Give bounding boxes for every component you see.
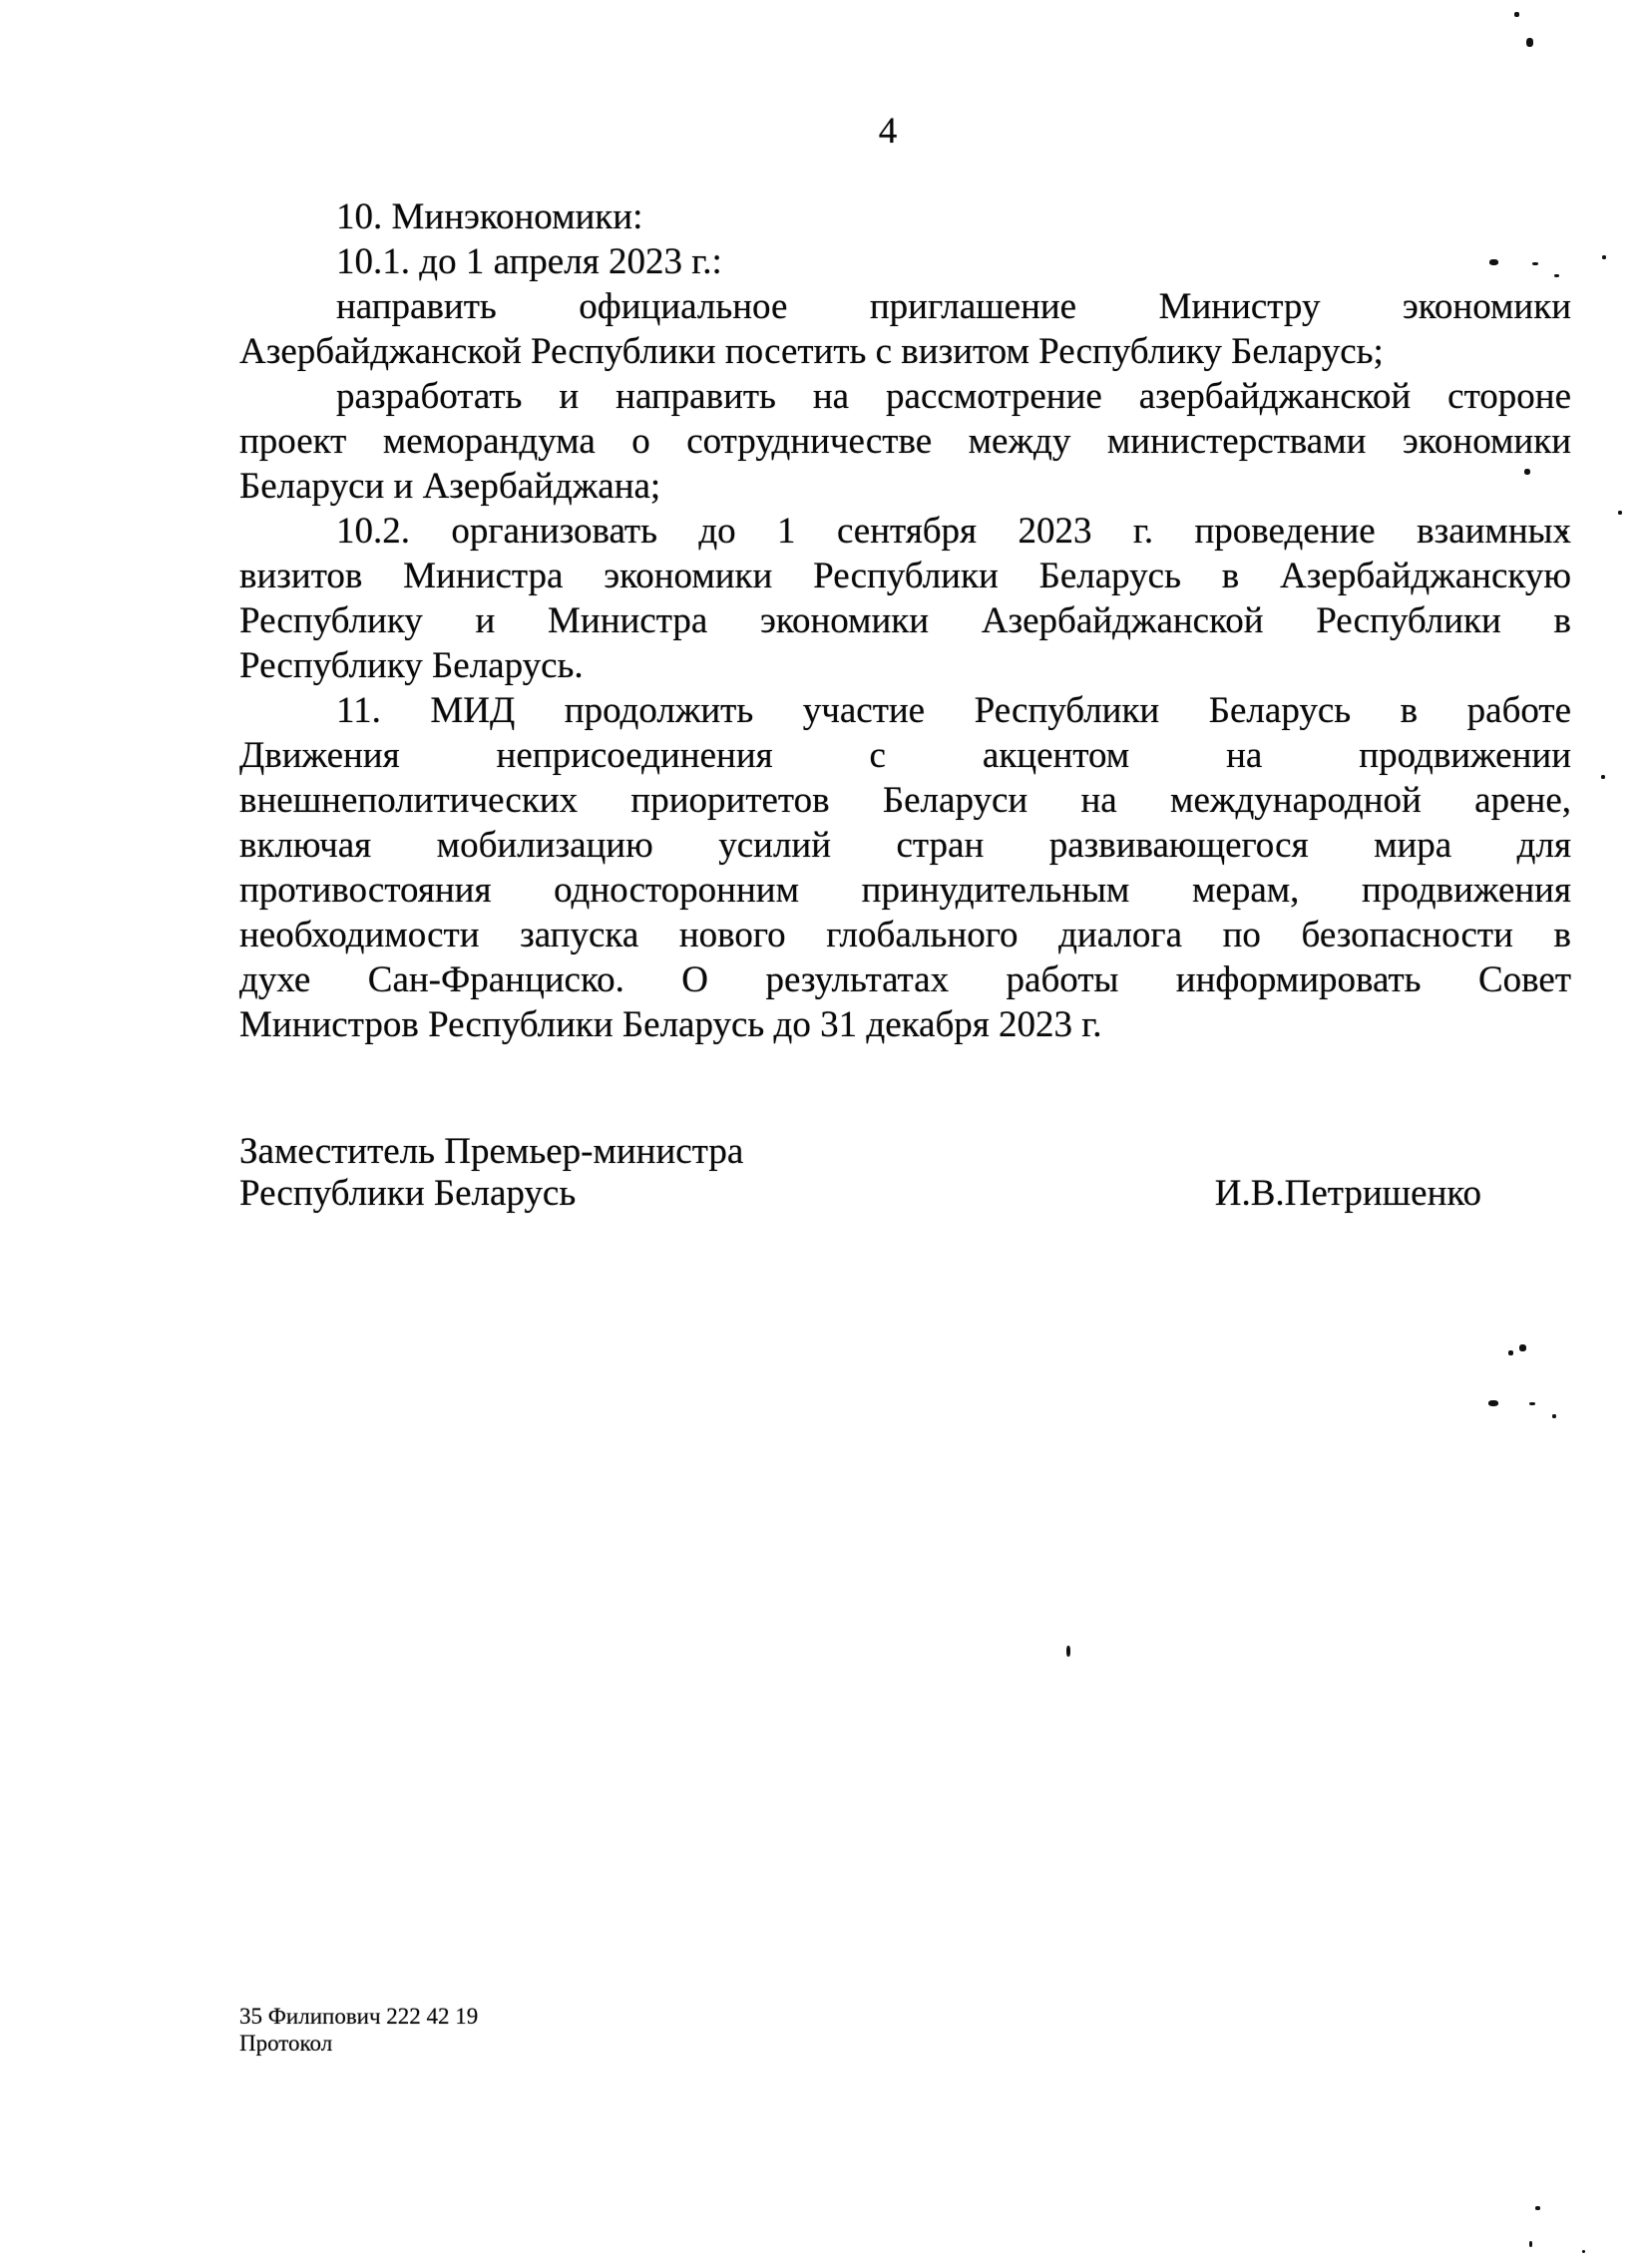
text-line: Азербайджанской Республики посетить с ви… [239, 329, 1571, 374]
text-line: внешнеполитических приоритетов Беларуси … [239, 778, 1571, 823]
scan-speck [1554, 274, 1559, 277]
scan-speck [1601, 775, 1605, 779]
footer-block: 35 Филипович 222 42 19 Протокол [239, 2003, 478, 2057]
paragraph: разработать и направить на рассмотрение … [239, 374, 1571, 509]
scan-speck [1529, 1402, 1535, 1405]
text-line: проект меморандума о сотрудничестве межд… [239, 419, 1571, 464]
text-line: Республику Беларусь. [239, 643, 1571, 688]
signatory-title: Заместитель Премьер-министра Республики … [239, 1131, 743, 1215]
signatory-name: И.В.Петришенко [1215, 1173, 1481, 1215]
text-line: 10.2. организовать до 1 сентября 2023 г.… [239, 509, 1571, 554]
text-line: визитов Министра экономики Республики Бе… [239, 554, 1571, 598]
scan-speck [1524, 469, 1530, 475]
text-line: необходимости запуска нового глобального… [239, 913, 1571, 957]
document-body: 10. Минэкономики: 10.1. до 1 апреля 2023… [239, 194, 1571, 1047]
document-page: 4 10. Минэкономики: 10.1. до 1 апреля 20… [0, 0, 1642, 2268]
text-line: противостояния односторонним принудитель… [239, 868, 1571, 913]
text-line: 11. МИД продолжить участие Республики Бе… [239, 688, 1571, 733]
text-line: Беларуси и Азербайджана; [239, 464, 1571, 509]
signature-block: Заместитель Премьер-министра Республики … [239, 1131, 1481, 1215]
scan-speck [1582, 2250, 1585, 2253]
scan-speck [1526, 38, 1533, 47]
paragraph: 11. МИД продолжить участие Республики Бе… [239, 688, 1571, 1047]
scan-speck [1552, 1414, 1556, 1418]
scan-speck [1489, 259, 1498, 265]
text-line: направить официальное приглашение Минист… [239, 284, 1571, 329]
scan-speck [1508, 1350, 1513, 1355]
paragraph: 10. Минэкономики: [239, 194, 1571, 239]
scan-speck [1514, 12, 1519, 17]
scan-speck [1602, 255, 1606, 259]
text-line: включая мобилизацию усилий стран развива… [239, 823, 1571, 868]
paragraph: 10.2. организовать до 1 сентября 2023 г.… [239, 509, 1571, 688]
text-line: духе Сан-Франциско. О результатах работы… [239, 957, 1571, 1002]
text-line: Движения неприсоединения с акцентом на п… [239, 733, 1571, 778]
scan-speck [1529, 2241, 1532, 2247]
signatory-title-line-1: Заместитель Премьер-министра [239, 1131, 743, 1173]
signatory-title-line-2: Республики Беларусь [239, 1173, 743, 1215]
scan-speck [1066, 1646, 1070, 1657]
text-line: разработать и направить на рассмотрение … [239, 374, 1571, 419]
text-line: Министров Республики Беларусь до 31 дека… [239, 1002, 1571, 1047]
scan-speck [1618, 511, 1622, 515]
paragraph: 10.1. до 1 апреля 2023 г.: [239, 239, 1571, 284]
paragraph: направить официальное приглашение Минист… [239, 284, 1571, 374]
footer-label: Протокол [239, 2030, 478, 2057]
scan-speck [1519, 1344, 1526, 1351]
scan-speck [1562, 531, 1567, 535]
text-line: Республику и Министра экономики Азербайд… [239, 598, 1571, 643]
page-number: 4 [239, 112, 1536, 152]
footer-contact: 35 Филипович 222 42 19 [239, 2003, 478, 2030]
text-line: 10.1. до 1 апреля 2023 г.: [239, 239, 1571, 284]
scan-speck [1488, 1400, 1498, 1406]
scan-speck [1535, 2206, 1540, 2210]
text-line: 10. Минэкономики: [239, 194, 1571, 239]
scan-speck [1532, 262, 1538, 265]
